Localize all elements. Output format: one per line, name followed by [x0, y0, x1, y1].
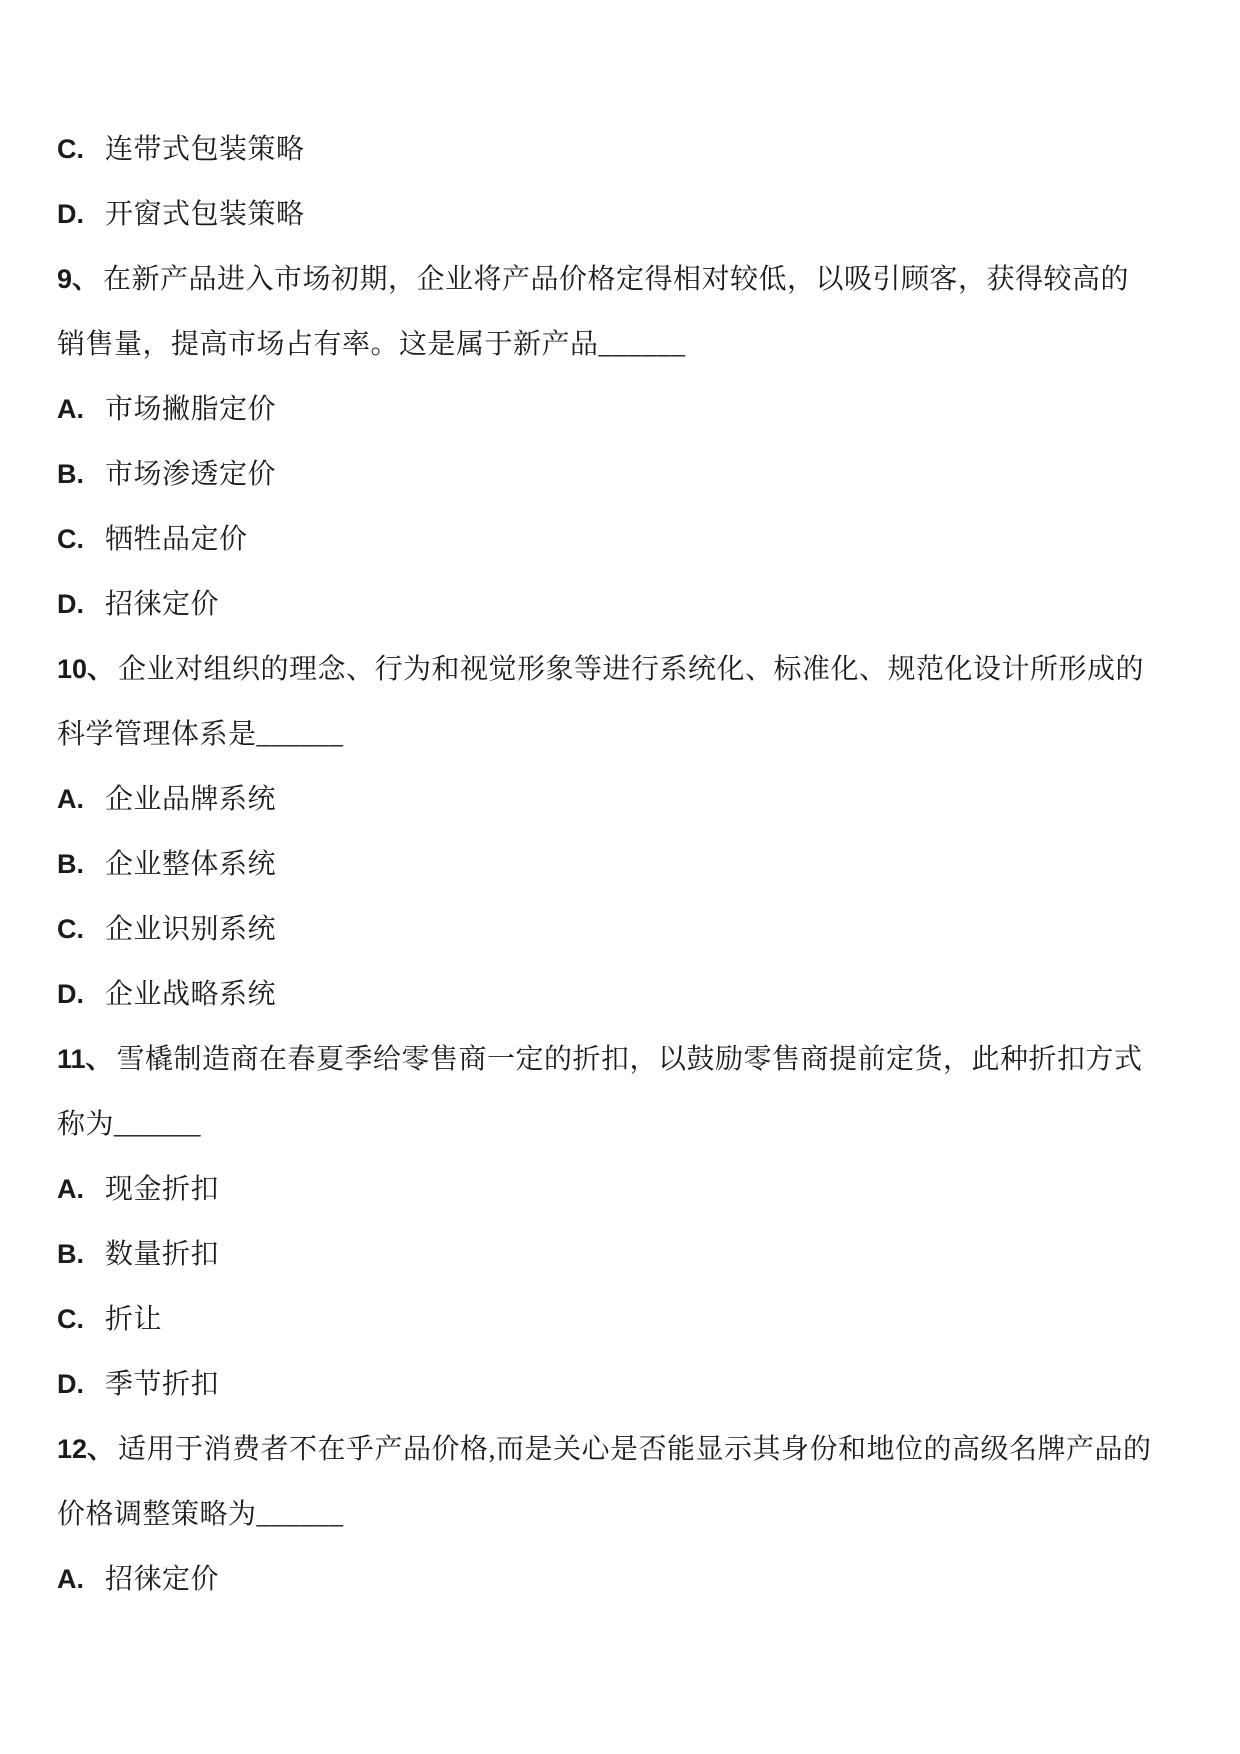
option-letter: C. — [57, 507, 105, 572]
option-9-c: C.牺牲品定价 — [57, 507, 1210, 572]
question-number: 11、 — [57, 1027, 113, 1092]
option-text: 数量折扣 — [105, 1239, 219, 1270]
question-text-continuation: 称为______ — [57, 1109, 201, 1140]
option-letter: D. — [57, 962, 105, 1027]
option-11-d: D.季节折扣 — [57, 1352, 1210, 1417]
question-text: 企业对组织的理念、行为和视觉形象等进行系统化、标准化、规范化设计所形成的 — [118, 654, 1144, 685]
option-letter: C. — [57, 897, 105, 962]
option-text: 现金折扣 — [105, 1174, 219, 1205]
question-number: 9、 — [57, 247, 99, 312]
question-9-line-2: 销售量，提高市场占有率。这是属于新产品______ — [57, 312, 1210, 377]
question-11-line-2: 称为______ — [57, 1092, 1210, 1157]
question-text-continuation: 销售量，提高市场占有率。这是属于新产品______ — [57, 329, 686, 360]
option-11-a: A.现金折扣 — [57, 1157, 1210, 1222]
option-text: 企业识别系统 — [105, 914, 276, 945]
option-text: 开窗式包装策略 — [105, 199, 305, 230]
question-10-line-1: 10、企业对组织的理念、行为和视觉形象等进行系统化、标准化、规范化设计所形成的 — [57, 637, 1210, 702]
question-number: 10、 — [57, 637, 114, 702]
option-text: 季节折扣 — [105, 1369, 219, 1400]
option-text: 企业整体系统 — [105, 849, 276, 880]
option-12-a: A.招徕定价 — [57, 1547, 1210, 1612]
question-text: 在新产品进入市场初期，企业将产品价格定得相对较低，以吸引顾客，获得较高的 — [103, 264, 1129, 295]
option-text: 企业战略系统 — [105, 979, 276, 1010]
option-9-a: A.市场撇脂定价 — [57, 377, 1210, 442]
question-9-line-1: 9、在新产品进入市场初期，企业将产品价格定得相对较低，以吸引顾客，获得较高的 — [57, 247, 1210, 312]
question-12-line-1: 12、适用于消费者不在乎产品价格,而是关心是否能显示其身份和地位的高级名牌产品的 — [57, 1417, 1210, 1482]
option-letter: A. — [57, 377, 105, 442]
question-text-continuation: 价格调整策略为______ — [57, 1499, 344, 1530]
question-number: 12、 — [57, 1417, 114, 1482]
question-text: 雪橇制造商在春夏季给零售商一定的折扣，以鼓励零售商提前定货，此种折扣方式 — [117, 1044, 1143, 1075]
option-letter: A. — [57, 1547, 105, 1612]
option-text: 市场渗透定价 — [105, 459, 276, 490]
option-10-d: D.企业战略系统 — [57, 962, 1210, 1027]
option-9-b: B.市场渗透定价 — [57, 442, 1210, 507]
question-12-line-2: 价格调整策略为______ — [57, 1482, 1210, 1547]
option-letter: C. — [57, 1287, 105, 1352]
question-10-line-2: 科学管理体系是______ — [57, 702, 1210, 767]
option-letter: B. — [57, 832, 105, 897]
option-letter: C. — [57, 117, 105, 182]
option-letter: D. — [57, 572, 105, 637]
option-text: 连带式包装策略 — [105, 134, 305, 165]
option-letter: A. — [57, 1157, 105, 1222]
option-text: 市场撇脂定价 — [105, 394, 276, 425]
document-page: C.连带式包装策略 D.开窗式包装策略 9、在新产品进入市场初期，企业将产品价格… — [0, 0, 1240, 1754]
option-11-c: C.折让 — [57, 1287, 1210, 1352]
option-letter: B. — [57, 1222, 105, 1287]
option-text: 折让 — [105, 1304, 162, 1335]
exam-content: C.连带式包装策略 D.开窗式包装策略 9、在新产品进入市场初期，企业将产品价格… — [57, 117, 1210, 1612]
option-prev-c: C.连带式包装策略 — [57, 117, 1210, 182]
option-10-b: B.企业整体系统 — [57, 832, 1210, 897]
option-11-b: B.数量折扣 — [57, 1222, 1210, 1287]
question-11-line-1: 11、雪橇制造商在春夏季给零售商一定的折扣，以鼓励零售商提前定货，此种折扣方式 — [57, 1027, 1210, 1092]
option-text: 招徕定价 — [105, 589, 219, 620]
option-letter: A. — [57, 767, 105, 832]
option-9-d: D.招徕定价 — [57, 572, 1210, 637]
question-text-continuation: 科学管理体系是______ — [57, 719, 344, 750]
question-text: 适用于消费者不在乎产品价格,而是关心是否能显示其身份和地位的高级名牌产品的 — [118, 1434, 1152, 1465]
option-letter: B. — [57, 442, 105, 507]
option-letter: D. — [57, 182, 105, 247]
option-text: 牺牲品定价 — [105, 524, 248, 555]
option-text: 企业品牌系统 — [105, 784, 276, 815]
option-text: 招徕定价 — [105, 1564, 219, 1595]
option-letter: D. — [57, 1352, 105, 1417]
option-10-c: C.企业识别系统 — [57, 897, 1210, 962]
option-10-a: A.企业品牌系统 — [57, 767, 1210, 832]
option-prev-d: D.开窗式包装策略 — [57, 182, 1210, 247]
